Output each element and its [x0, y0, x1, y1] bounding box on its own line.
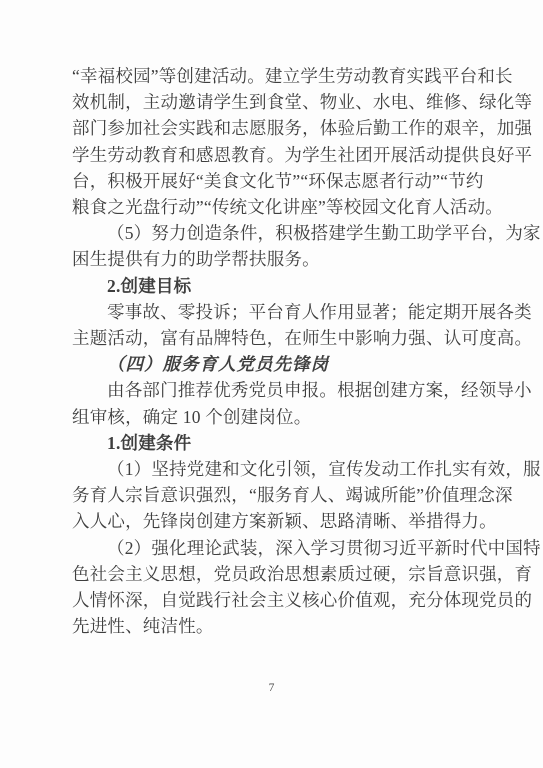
text-line: 困生提供有力的助学帮扶服务。: [72, 246, 464, 272]
text-line: 零事故、零投诉；平台育人作用显著；能定期开展各类: [72, 299, 464, 325]
text-line: 部门参加社会实践和志愿服务，体验后勤工作的艰辛，加强: [72, 115, 464, 141]
text-line: 效机制，主动邀请学生到食堂、物业、水电、维修、绿化等: [72, 89, 464, 115]
document-body: “幸福校园”等创建活动。建立学生劳动教育实践平台和长效机制，主动邀请学生到食堂、…: [72, 63, 464, 639]
text-line: 色社会主义思想，党员政治思想素质过硬，宗旨意识强，育: [72, 561, 464, 587]
document-page: “幸福校园”等创建活动。建立学生劳动教育实践平台和长效机制，主动邀请学生到食堂、…: [0, 0, 543, 768]
text-line: “幸福校园”等创建活动。建立学生劳动教育实践平台和长: [72, 63, 464, 89]
text-line: 台，积极开展好“美食文化节”“环保志愿者行动”“节约: [72, 168, 464, 194]
text-line: （1）坚持党建和文化引领，宣传发动工作扎实有效，服: [72, 456, 464, 482]
text-line: 主题活动，富有品牌特色，在师生中影响力强、认可度高。: [72, 325, 464, 351]
text-line: 人情怀深，自觉践行社会主义核心价值观，充分体现党员的: [72, 587, 464, 613]
section-heading: （四）服务育人党员先锋岗: [72, 351, 464, 377]
text-line: 入人心，先锋岗创建方案新颖、思路清晰、举措得力。: [72, 508, 464, 534]
text-line: 学生劳动教育和感恩教育。为学生社团开展活动提供良好平: [72, 142, 464, 168]
page-number: 7: [0, 682, 543, 694]
text-line: 务育人宗旨意识强烈，“服务育人、竭诚所能”价值理念深: [72, 482, 464, 508]
text-line: （2）强化理论武装，深入学习贯彻习近平新时代中国特: [72, 535, 464, 561]
text-line: （5）努力创造条件，积极搭建学生勤工助学平台，为家: [72, 220, 464, 246]
text-line: 先进性、纯洁性。: [72, 613, 464, 639]
text-line: 组审核，确定 10 个创建岗位。: [72, 404, 464, 430]
text-line: 由各部门推荐优秀党员申报。根据创建方案，经领导小: [72, 377, 464, 403]
numbered-heading: 2.创建目标: [72, 273, 464, 299]
text-line: 粮食之光盘行动”“传统文化讲座”等校园文化育人活动。: [72, 194, 464, 220]
numbered-heading: 1.创建条件: [72, 430, 464, 456]
